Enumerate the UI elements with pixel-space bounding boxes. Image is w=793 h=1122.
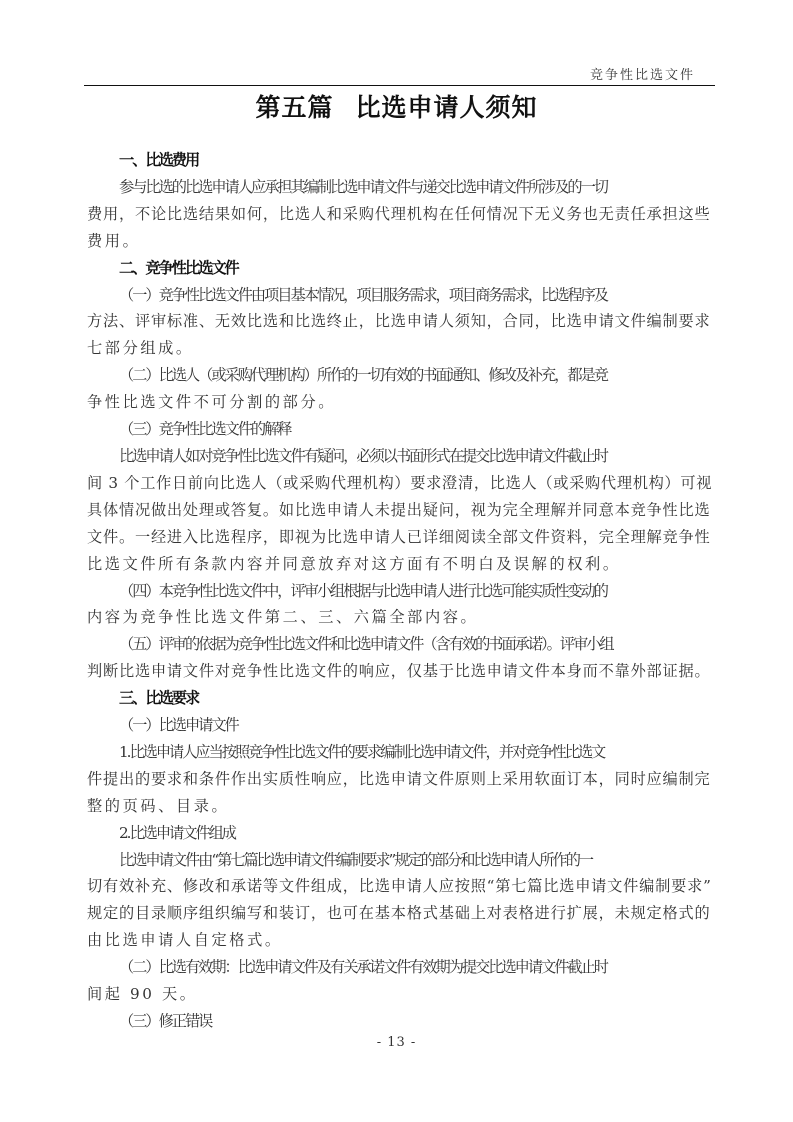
paragraph-line: 2.比选申请文件组成 bbox=[87, 820, 711, 847]
paragraph-line: 间 3 个工作日前向比选人（或采购代理机构）要求澄清，比选人（或采购代理机构）可… bbox=[87, 470, 711, 497]
page-number: - 13 - bbox=[0, 1035, 793, 1050]
paragraph-line: 比选申请人如对竞争性比选文件有疑问，必须以书面形式在提交比选申请文件截止时 bbox=[87, 443, 711, 470]
title-part: 第五篇 bbox=[255, 93, 333, 122]
paragraph-line: 切有效补充、修改和承诺等文件组成，比选申请人应按照“第七篇比选申请文件编制要求” bbox=[87, 873, 711, 900]
paragraph-line: 整的页码、目录。 bbox=[87, 793, 711, 820]
paragraph-line: （五）评审的依据为竞争性比选文件和比选申请文件（含有效的书面承诺）。评审小组 bbox=[87, 631, 711, 658]
paragraph-line: 具体情况做出处理或答复。如比选申请人未提出疑问，视为完全理解并同意本竞争性比选 bbox=[87, 497, 711, 524]
section-heading: 三、比选要求 bbox=[87, 685, 711, 712]
paragraph-line: 文件。一经进入比选程序，即视为比选申请人已详细阅读全部文件资料，完全理解竞争性 bbox=[87, 524, 711, 551]
paragraph-line: 件提出的要求和条件作出实质性响应，比选申请文件原则上采用软面订本，同时应编制完 bbox=[87, 766, 711, 793]
paragraph-line: （三）修正错误 bbox=[87, 1008, 711, 1035]
page-title: 第五篇比选申请人须知 bbox=[0, 88, 793, 124]
document-body: 一、比选费用参与比选的比选申请人应承担其编制比选申请文件与递交比选申请文件所涉及… bbox=[87, 147, 711, 1035]
paragraph-line: （四）本竞争性比选文件中，评审小组根据与比选申请人进行比选可能实质性变动的 bbox=[87, 578, 711, 605]
running-header: 竞争性比选文件 bbox=[590, 64, 695, 83]
paragraph-line: 费用，不论比选结果如何，比选人和采购代理机构在任何情况下无义务也无责任承担这些 bbox=[87, 201, 711, 228]
paragraph-line: （三）竞争性比选文件的解释 bbox=[87, 416, 711, 443]
paragraph-line: 参与比选的比选申请人应承担其编制比选申请文件与递交比选申请文件所涉及的一切 bbox=[87, 174, 711, 201]
paragraph-line: 比选文件所有条款内容并同意放弃对这方面有不明白及误解的权利。 bbox=[87, 551, 711, 578]
paragraph-line: 间起 90 天。 bbox=[87, 981, 711, 1008]
paragraph-line: 由比选申请人自定格式。 bbox=[87, 927, 711, 954]
paragraph-line: 方法、评审标准、无效比选和比选终止，比选申请人须知，合同，比选申请文件编制要求 bbox=[87, 308, 711, 335]
header-divider bbox=[84, 85, 715, 86]
paragraph-line: 1.比选申请人应当按照竞争性比选文件的要求编制比选申请文件，并对竞争性比选文 bbox=[87, 739, 711, 766]
section-heading: 一、比选费用 bbox=[87, 147, 711, 174]
paragraph-line: 内容为竞争性比选文件第二、三、六篇全部内容。 bbox=[87, 604, 711, 631]
paragraph-line: （二）比选有效期：比选申请文件及有关承诺文件有效期为提交比选申请文件截止时 bbox=[87, 954, 711, 981]
paragraph-line: 争性比选文件不可分割的部分。 bbox=[87, 389, 711, 416]
paragraph-line: （一）比选申请文件 bbox=[87, 712, 711, 739]
paragraph-line: 七部分组成。 bbox=[87, 335, 711, 362]
paragraph-line: （一）竞争性比选文件由项目基本情况，项目服务需求，项目商务需求，比选程序及 bbox=[87, 282, 711, 309]
title-name: 比选申请人须知 bbox=[356, 93, 538, 122]
paragraph-line: 费用。 bbox=[87, 228, 711, 255]
paragraph-line: 判断比选申请文件对竞争性比选文件的响应，仅基于比选申请文件本身而不靠外部证据。 bbox=[87, 658, 711, 685]
paragraph-line: 规定的目录顺序组织编写和装订，也可在基本格式基础上对表格进行扩展，未规定格式的 bbox=[87, 900, 711, 927]
paragraph-line: （二）比选人（或采购代理机构）所作的一切有效的书面通知、修改及补充，都是竞 bbox=[87, 362, 711, 389]
paragraph-line: 比选申请文件由“第七篇比选申请文件编制要求”规定的部分和比选申请人所作的一 bbox=[87, 847, 711, 874]
section-heading: 二、竞争性比选文件 bbox=[87, 255, 711, 282]
